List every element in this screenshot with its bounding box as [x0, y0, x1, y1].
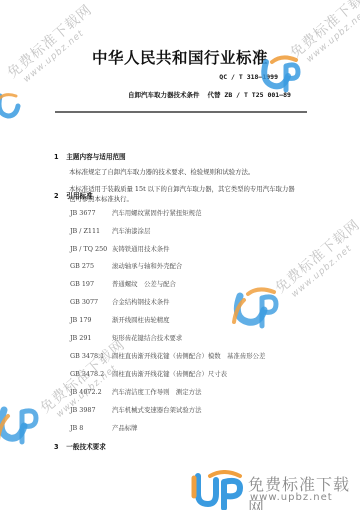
section-heading-1: 1 主题内容与适用范围	[54, 151, 126, 161]
up-logo-icon	[190, 470, 246, 510]
ref-code: JB 3677	[70, 209, 112, 217]
footer-brand-name: 免费标准下载网	[248, 472, 360, 510]
ref-code: GB 3077	[70, 298, 112, 306]
ref-code: JB / Z111	[70, 227, 112, 235]
ref-code: JB / TQ 250	[70, 245, 112, 253]
ref-name: 圆柱直齿渐开线花键（齿侧配合）模数 基准齿形公差	[112, 351, 265, 360]
ref-code: GB 197	[70, 280, 112, 288]
section-heading-2: 2 引用标准	[54, 190, 93, 200]
reference-item: JB 291矩形齿花键结合技术要求	[70, 333, 182, 342]
watermark-text: 免费标准下载网www.upbz.net	[271, 215, 360, 305]
footer-brand-watermark: 免费标准下载网 www.upbz.net	[190, 470, 360, 510]
ref-name: 汽车机械式变速器台架试验方法	[112, 405, 201, 414]
ref-name: 合金结构钢技术条件	[112, 297, 170, 306]
reference-item: GB 275滚动轴承与轴和外壳配合	[70, 261, 182, 270]
watermark-text: 免费标准下载网www.upbz.net	[3, 0, 103, 90]
reference-item: GB 3077合金结构钢技术条件	[70, 297, 170, 306]
ref-code: GB 275	[70, 262, 112, 270]
ref-code: JB 291	[70, 334, 112, 342]
up-logo-icon	[0, 92, 28, 122]
up-logo-icon	[230, 282, 280, 330]
section-title: 主题内容与适用范围	[66, 153, 125, 161]
ref-name: 汽车清洁度工作导则 测定方法	[112, 387, 201, 396]
ref-name: 圆柱直齿渐开线花键（齿侧配合）尺寸表	[112, 369, 227, 378]
paragraph-1: 本标准规定了自卸汽车取力器的技术要求、检验规则和试验方法。	[55, 167, 300, 177]
reference-item: JB / Z111汽车油漆涂层	[70, 226, 150, 235]
up-logo-icon	[0, 400, 40, 446]
section-number: 3	[54, 443, 64, 451]
ref-name: 灰铸铁通用技术条件	[112, 244, 170, 253]
section-number: 2	[54, 192, 64, 200]
section-number: 1	[54, 153, 64, 161]
ref-code: JB 8	[70, 424, 112, 432]
reference-item: GB 197普通螺纹 公差与配合	[70, 279, 176, 288]
paragraph-text: 本标准规定了自卸汽车取力器的技术要求、检验规则和试验方法。	[55, 167, 300, 177]
reference-item: JB / TQ 250灰铸铁通用技术条件	[70, 244, 170, 253]
footer-brand-url: www.upbz.net	[250, 492, 333, 503]
up-logo-icon	[258, 52, 302, 94]
reference-item: JB 179渐开线圆柱齿轮精度	[70, 315, 170, 324]
section-title: 引用标准	[66, 192, 92, 200]
ref-name: 矩形齿花键结合技术要求	[112, 333, 182, 342]
reference-item: JB 3677汽车用螺纹紧固件拧紧扭矩规范	[70, 208, 201, 217]
section-heading-3: 3 一般技术要求	[54, 441, 106, 451]
header-divider	[55, 111, 307, 113]
ref-name: 渐开线圆柱齿轮精度	[112, 315, 170, 324]
ref-name: 普通螺纹 公差与配合	[112, 279, 176, 288]
document-page: 中华人民共和国行业标准 QC / T 318—1999 自卸汽车取力器技术条件代…	[0, 0, 360, 510]
ref-name: 汽车用螺纹紧固件拧紧扭矩规范	[112, 208, 201, 217]
ref-code: JB 3987	[70, 406, 112, 414]
reference-item: JB 3987汽车机械式变速器台架试验方法	[70, 405, 201, 414]
ref-code: JB 179	[70, 316, 112, 324]
ref-name: 滚动轴承与轴和外壳配合	[112, 261, 182, 270]
reference-item: JB 8产品标牌	[70, 423, 138, 432]
subtitle-name: 自卸汽车取力器技术条件	[128, 91, 200, 99]
section-title: 一般技术要求	[66, 443, 106, 451]
ref-name: 汽车油漆涂层	[112, 226, 150, 235]
ref-name: 产品标牌	[112, 423, 138, 432]
